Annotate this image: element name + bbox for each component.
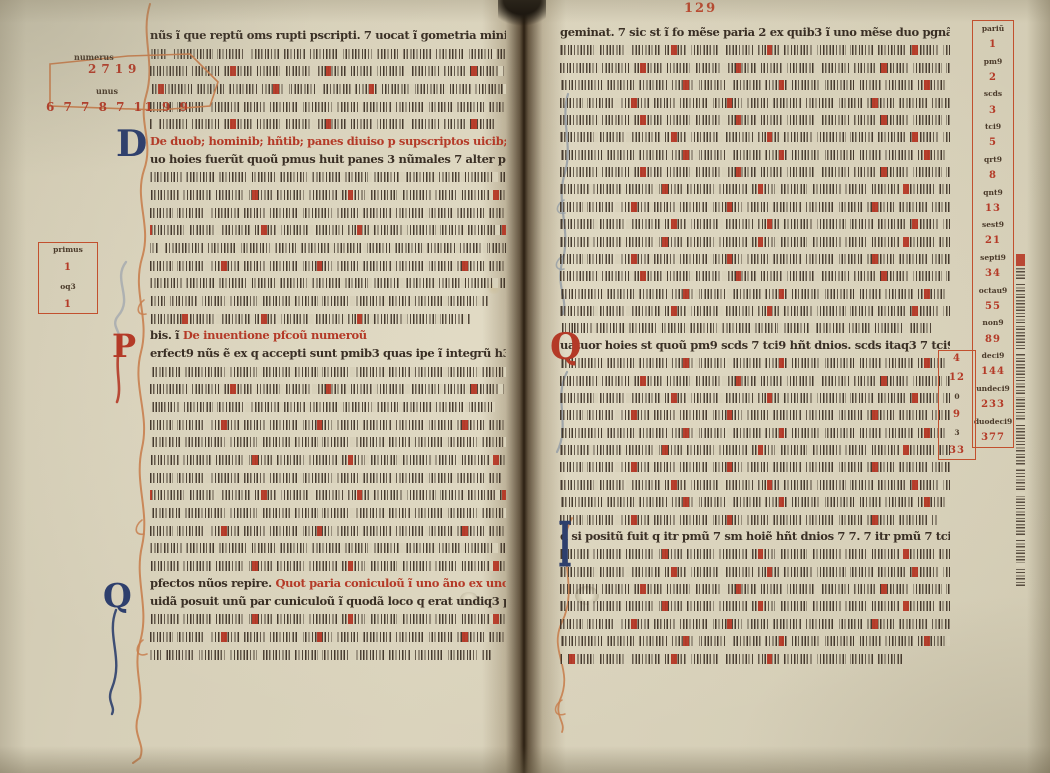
script-texture-line — [150, 486, 506, 504]
ink-strokes — [560, 497, 950, 507]
ink-strokes — [150, 367, 506, 377]
line-text: uatuor hoies st quoũ pm9 scds 7 tci9 hñt… — [560, 338, 950, 352]
script-texture-line — [150, 451, 506, 469]
table-label: qnt9 — [973, 189, 1013, 197]
script-texture-line — [560, 632, 950, 649]
ink-strokes — [560, 237, 950, 247]
ink-strokes — [150, 190, 506, 200]
ink-strokes — [560, 393, 950, 403]
script-texture-line — [150, 469, 502, 487]
table-label: oq3 — [39, 283, 97, 291]
numeral-margin-box: 41209333 — [938, 350, 976, 460]
ink-strokes — [560, 306, 950, 316]
script-texture-line — [560, 650, 903, 667]
ink-strokes — [150, 543, 506, 553]
script-text-line: erfect9 nũs ẽ ex q accepti sunt pmib3 qu… — [150, 345, 506, 363]
ink-strokes — [150, 208, 506, 218]
table-numeral: 9 — [939, 410, 975, 420]
ink-strokes — [560, 63, 950, 73]
script-texture-line — [560, 128, 950, 145]
right-page-text-column: geminat. 7 sic st ĩ fo mẽse paria 2 ex q… — [560, 24, 950, 667]
table-label: 3 — [939, 429, 975, 437]
table-numeral: 4 — [939, 354, 975, 364]
folio-number: 129 — [684, 1, 717, 16]
ink-strokes — [150, 526, 506, 536]
ink-strokes — [560, 619, 950, 629]
ink-strokes — [150, 437, 506, 447]
script-texture-line — [560, 319, 931, 336]
ink-strokes — [150, 384, 506, 394]
manuscript-photo: numerus 2719 unus 6 7 7 8 7 11 9 9 primu… — [0, 0, 1050, 773]
banner-numerals-row2: 6 7 7 8 7 11 9 9 — [46, 100, 190, 114]
script-texture-line — [150, 557, 506, 575]
ink-strokes — [150, 473, 502, 483]
script-texture-line — [560, 406, 950, 423]
table-numeral: 5 — [973, 138, 1013, 148]
table-numeral: 1 — [39, 263, 97, 273]
ink-strokes — [150, 261, 506, 271]
script-texture-line — [560, 233, 950, 250]
script-texture-line — [560, 354, 950, 371]
line-ink-prefix: bis. ĩ — [150, 328, 183, 342]
initial-q-red: Q — [550, 329, 581, 365]
script-texture-line — [560, 545, 950, 562]
table-label: deci9 — [973, 352, 1013, 360]
script-text-line: uatuor hoies st quoũ pm9 scds 7 tci9 hñt… — [560, 337, 950, 354]
ink-strokes — [560, 584, 950, 594]
numerus-banner: numerus 2719 unus 6 7 7 8 7 11 9 9 — [40, 46, 230, 124]
ink-strokes — [560, 271, 950, 281]
script-texture-line — [150, 539, 506, 557]
script-texture-line — [150, 380, 506, 398]
table-label: septi9 — [973, 254, 1013, 262]
script-texture-line — [560, 59, 950, 76]
initial-d-blue: D — [116, 126, 147, 162]
ink-strokes — [150, 614, 506, 624]
ink-strokes — [560, 219, 950, 229]
ink-strokes — [560, 115, 950, 125]
table-label: scds — [973, 90, 1013, 98]
script-texture-line — [150, 257, 506, 275]
ink-strokes — [150, 278, 506, 288]
ink-strokes — [150, 632, 506, 642]
line-text: erfect9 nũs ẽ ex q accepti sunt pmib3 qu… — [150, 346, 506, 360]
vertical-marginal-note — [1016, 268, 1025, 586]
script-texture-line — [150, 522, 506, 540]
script-texture-line — [560, 580, 950, 597]
rubric-text: De duob; hominib; hñtib; panes diuiso p … — [150, 134, 506, 148]
script-texture-line — [150, 416, 506, 434]
script-texture-line — [560, 563, 950, 580]
rubric-line: De duob; hominib; hñtib; panes diuiso p … — [150, 133, 506, 151]
ink-strokes — [560, 480, 950, 490]
initial-q-left-tail — [110, 610, 116, 714]
ink-strokes — [150, 314, 470, 324]
script-texture-line — [560, 493, 950, 510]
table-numeral: 55 — [973, 302, 1013, 312]
table-numeral: 13 — [973, 204, 1013, 214]
table-label: tci9 — [973, 123, 1013, 131]
script-texture-line — [560, 267, 950, 284]
ink-strokes — [560, 636, 950, 646]
table-label: primus — [39, 246, 97, 254]
script-texture-line — [560, 441, 950, 458]
script-texture-line — [560, 389, 950, 406]
initial-i-blue: I — [558, 516, 572, 579]
ink-strokes — [560, 323, 931, 333]
table-label: pm9 — [973, 58, 1013, 66]
script-texture-line — [150, 292, 488, 310]
script-texture-line — [150, 646, 492, 664]
line-text: nũs ĩ que reptũ oms rupti pscripti. 7 uo… — [150, 28, 506, 42]
script-texture-line — [150, 186, 506, 204]
table-label: non9 — [973, 319, 1013, 327]
script-texture-line — [560, 511, 938, 528]
ink-strokes — [560, 567, 950, 577]
line-text: d si positũ fuit q itr pmũ 7 sm hoiẽ hñt… — [560, 529, 950, 543]
banner-label: numerus — [74, 52, 114, 62]
table-label: 0 — [939, 393, 975, 401]
table-numeral: 233 — [973, 400, 1013, 410]
script-texture-line — [150, 168, 506, 186]
script-text-line: nũs ĩ que reptũ oms rupti pscripti. 7 uo… — [150, 27, 506, 45]
script-texture-line — [150, 221, 506, 239]
script-texture-line — [560, 76, 950, 93]
script-texture-line — [150, 433, 506, 451]
table-numeral: 34 — [973, 269, 1013, 279]
table-numeral: 12 — [939, 373, 975, 383]
rubric-text: De inuentione pfcoũ numeroũ — [183, 328, 367, 342]
ink-strokes — [560, 358, 950, 368]
table-label: pariũ — [973, 25, 1013, 33]
ink-strokes — [150, 650, 492, 660]
table-label: duodeci9 — [973, 418, 1013, 426]
ink-strokes — [560, 150, 950, 160]
script-texture-line — [560, 615, 950, 632]
table-label: qrt9 — [973, 156, 1013, 164]
script-texture-line — [560, 458, 950, 475]
table-label: sest9 — [973, 221, 1013, 229]
script-texture-line — [150, 363, 506, 381]
initial-q-blue: Q — [103, 579, 132, 612]
ink-strokes — [560, 132, 950, 142]
table-numeral: 2 — [973, 73, 1013, 83]
rubric-line: pfectos nũos repire. Quot paria coniculo… — [150, 575, 506, 593]
table-numeral: 1 — [39, 300, 97, 310]
initial-p-red: P — [112, 330, 136, 362]
script-texture-line — [150, 628, 506, 646]
script-texture-line — [150, 610, 506, 628]
table-numeral: 21 — [973, 236, 1013, 246]
ink-strokes — [560, 376, 950, 386]
line-text: uo hoies fuerũt quoũ pmus huit panes 3 n… — [150, 152, 506, 166]
script-text-line: d si positũ fuit q itr pmũ 7 sm hoiẽ hñt… — [560, 528, 950, 545]
script-texture-line — [560, 285, 950, 302]
ink-strokes — [560, 410, 950, 420]
ink-strokes — [560, 445, 950, 455]
banner-numerals-row1: 2719 — [88, 62, 141, 76]
script-texture-line — [560, 597, 950, 614]
ink-strokes — [560, 549, 950, 559]
table-numeral: 144 — [973, 367, 1013, 377]
ink-strokes — [560, 80, 950, 90]
table-numeral: 3 — [973, 106, 1013, 116]
script-texture-line — [560, 111, 950, 128]
ink-strokes — [150, 296, 488, 306]
ink-strokes — [560, 289, 950, 299]
script-texture-line — [150, 239, 506, 257]
ink-strokes — [150, 402, 495, 412]
rubric-line: bis. ĩ De inuentione pfcoũ numeroũ — [150, 327, 371, 345]
script-texture-line — [560, 250, 950, 267]
script-texture-line — [560, 146, 950, 163]
ink-strokes — [150, 508, 506, 518]
table-label: undeci9 — [973, 385, 1013, 393]
line-text: uidã posuit unũ par cuniculoũ ĩ quodã lo… — [150, 594, 506, 608]
ink-strokes — [560, 202, 950, 212]
ink-strokes — [560, 98, 950, 108]
ink-strokes — [560, 45, 950, 55]
script-texture-line — [560, 476, 950, 493]
script-texture-line — [150, 398, 495, 416]
script-texture-line — [150, 310, 470, 328]
ink-strokes — [150, 225, 506, 235]
ink-strokes — [150, 561, 506, 571]
script-texture-line — [560, 163, 950, 180]
ink-strokes — [150, 490, 506, 500]
table-numeral: 33 — [939, 446, 975, 456]
script-texture-line — [560, 94, 950, 111]
ink-strokes — [560, 654, 903, 664]
script-texture-line — [560, 302, 950, 319]
ink-strokes — [560, 462, 950, 472]
table-numeral: 89 — [973, 335, 1013, 345]
primus-margin-box: primus1oq31 — [38, 242, 98, 314]
ink-strokes — [150, 420, 506, 430]
script-text-line: uidã posuit unũ par cuniculoũ ĩ quodã lo… — [150, 593, 506, 611]
script-texture-line — [560, 215, 950, 232]
script-texture-line — [560, 424, 950, 441]
ink-strokes — [560, 184, 950, 194]
script-texture-line — [150, 504, 506, 522]
script-texture-line — [560, 180, 950, 197]
table-numeral: 377 — [973, 433, 1013, 443]
table-numeral: 8 — [973, 171, 1013, 181]
ink-strokes — [150, 172, 506, 182]
ink-strokes — [560, 428, 950, 438]
script-texture-line — [150, 274, 506, 292]
ink-strokes — [560, 167, 950, 177]
line-ink-prefix: pfectos nũos repire. — [150, 576, 275, 590]
script-text-line: uo hoies fuerũt quoũ pmus huit panes 3 n… — [150, 151, 506, 169]
table-label: octau9 — [973, 287, 1013, 295]
table-numeral: 1 — [973, 40, 1013, 50]
ink-strokes — [150, 243, 506, 253]
script-texture-line — [560, 198, 950, 215]
script-texture-line — [560, 372, 950, 389]
ink-strokes — [560, 254, 950, 264]
script-texture-line — [560, 41, 950, 58]
ink-strokes — [560, 601, 950, 611]
script-texture-line — [150, 204, 506, 222]
line-text: geminat. 7 sic st ĩ fo mẽse paria 2 ex q… — [560, 25, 950, 39]
rubric-text: Quot paria coniculoũ ĩ uno ãno ex uno pi… — [275, 576, 506, 590]
ink-strokes — [150, 455, 506, 465]
ink-strokes — [560, 515, 938, 525]
banner-label-unus: unus — [96, 86, 118, 96]
fibonacci-table-box: pariũ1pm92scds3tci95qrt98qnt913sest921se… — [972, 20, 1014, 448]
script-text-line: geminat. 7 sic st ĩ fo mẽse paria 2 ex q… — [560, 24, 950, 41]
